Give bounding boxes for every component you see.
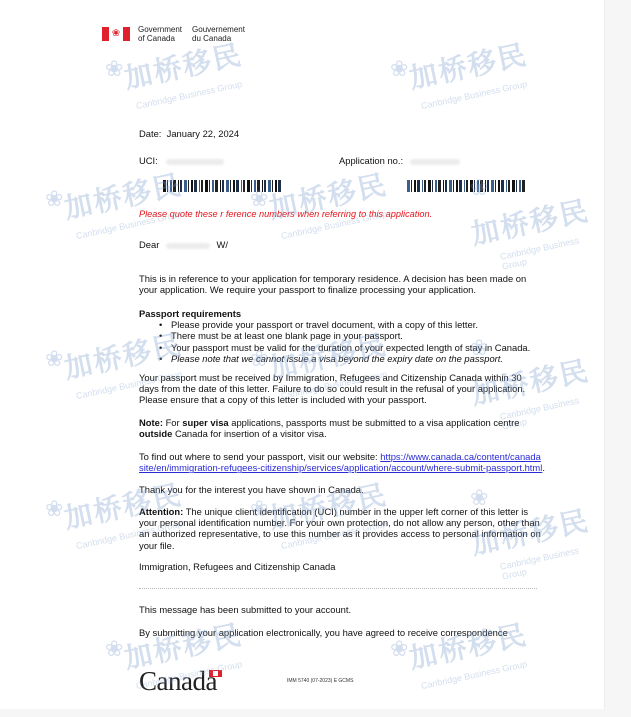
- uci-barcode: [163, 180, 283, 192]
- requirement-item: Your passport must be valid for the dura…: [171, 342, 549, 353]
- application-number-field: Application no.:: [339, 155, 460, 166]
- thanks-paragraph: Thank you for the interest you have show…: [139, 484, 364, 495]
- maple-leaf-icon: ❀: [105, 636, 123, 662]
- maple-leaf-icon: ❀: [45, 186, 63, 212]
- deadline-paragraph: Your passport must be received by Immigr…: [139, 372, 544, 406]
- requirement-item: There must be at least one blank page in…: [171, 330, 549, 341]
- website-paragraph: To find out where to send your passport,…: [139, 451, 549, 473]
- canada-wordmark: Canada: [139, 666, 217, 697]
- quote-reference-warning: Please quote these r ference numbers whe…: [139, 209, 432, 219]
- form-id: IMM 5740 (07-2023) E GCMS: [287, 678, 353, 684]
- watermark: ❀加桥移民Canbridge Business Group: [105, 45, 243, 103]
- signature: Immigration, Refugees and Citizenship Ca…: [139, 561, 335, 572]
- passport-requirements: Passport requirements Please provide you…: [139, 308, 549, 364]
- salutation: Dear W/: [139, 239, 228, 250]
- application-barcode: [407, 180, 527, 192]
- government-en: Government of Canada: [138, 25, 182, 43]
- watermark: ❀加桥移民Canbridge Business Group: [390, 45, 528, 103]
- application-number-redacted: [410, 159, 460, 165]
- letter-date: Date: January 22, 2024: [139, 128, 239, 139]
- submitted-message: This message has been submitted to your …: [139, 604, 351, 615]
- maple-leaf-icon: ❀: [390, 636, 408, 662]
- requirements-title: Passport requirements: [139, 308, 549, 319]
- maple-leaf-icon: ❀: [105, 56, 123, 82]
- divider: [139, 588, 537, 589]
- maple-leaf-icon: ❀: [45, 496, 63, 522]
- wordmark-flag-icon: [209, 670, 222, 677]
- attention-paragraph: Attention: The unique client identificat…: [139, 506, 541, 551]
- requirements-list: Please provide your passport or travel d…: [139, 319, 549, 364]
- uci-field: UCI:: [139, 155, 224, 166]
- intro-paragraph: This is in reference to your application…: [139, 273, 539, 295]
- consent-message: By submitting your application electroni…: [139, 627, 508, 638]
- requirement-item: Please note that we cannot issue a visa …: [171, 353, 549, 364]
- requirement-item: Please provide your passport or travel d…: [171, 319, 549, 330]
- maple-leaf-icon: ❀: [390, 56, 408, 82]
- letter-page: ❀ Government of Canada Gouvernement du C…: [0, 0, 605, 709]
- government-fr: Gouvernement du Canada: [192, 25, 245, 43]
- name-redacted: [166, 243, 210, 249]
- canada-flag-icon: ❀: [102, 27, 130, 41]
- government-signature: ❀ Government of Canada Gouvernement du C…: [102, 25, 255, 43]
- maple-leaf-icon: ❀: [45, 346, 63, 372]
- super-visa-note: Note: For super visa applications, passp…: [139, 417, 539, 439]
- uci-redacted: [166, 159, 224, 165]
- date-value: January 22, 2024: [167, 128, 239, 139]
